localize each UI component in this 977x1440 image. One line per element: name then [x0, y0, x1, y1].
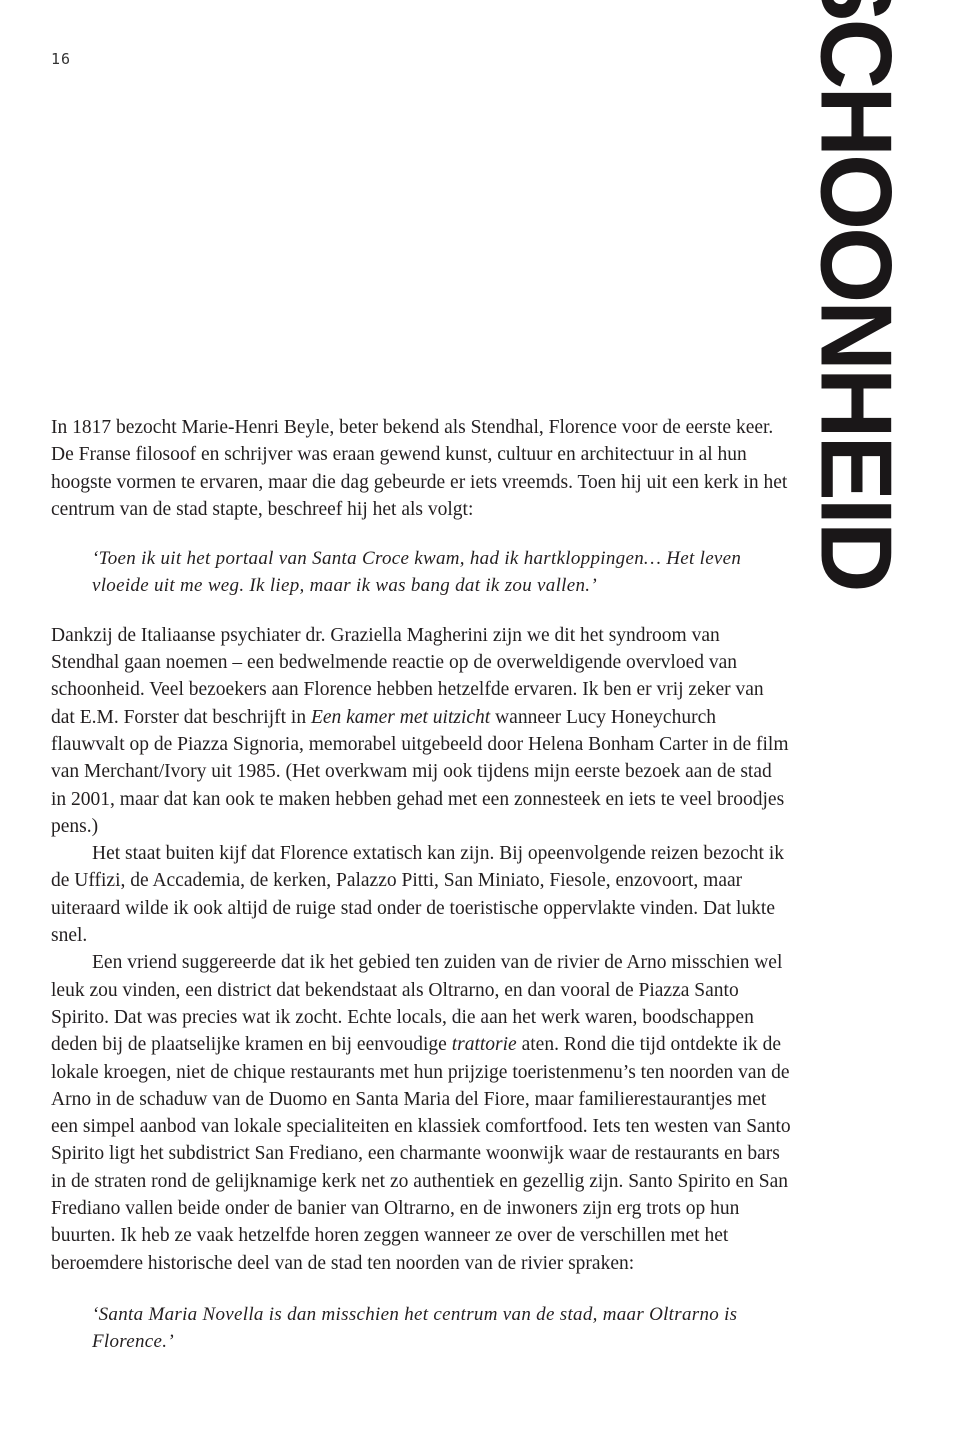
- page-number: 16: [51, 50, 71, 68]
- body-text: In 1817 bezocht Marie-Henri Beyle, beter…: [51, 414, 791, 1380]
- italic-term: trattorie: [452, 1034, 517, 1055]
- paragraph-stendhal-syndrome: Dankzij de Italiaanse psychiater dr. Gra…: [51, 622, 791, 840]
- paragraph-intro: In 1817 bezocht Marie-Henri Beyle, beter…: [51, 414, 791, 523]
- book-title: Een kamer met uitzicht: [311, 707, 490, 728]
- block-quote-stendhal: ‘Toen ik uit het portaal van Santa Croce…: [92, 545, 772, 600]
- paragraph-florence-ecstatic: Het staat buiten kijf dat Florence extat…: [51, 840, 791, 949]
- chapter-title: SCHOONHEID: [810, 0, 900, 590]
- block-quote-oltrarno: ‘Santa Maria Novella is dan misschien he…: [92, 1301, 772, 1356]
- paragraph-oltrarno: Een vriend suggereerde dat ik het gebied…: [51, 949, 791, 1277]
- chapter-title-container: SCHOONHEID: [812, 54, 898, 492]
- paragraph-text: aten. Rond die tijd ontdekte ik de lokal…: [51, 1034, 791, 1273]
